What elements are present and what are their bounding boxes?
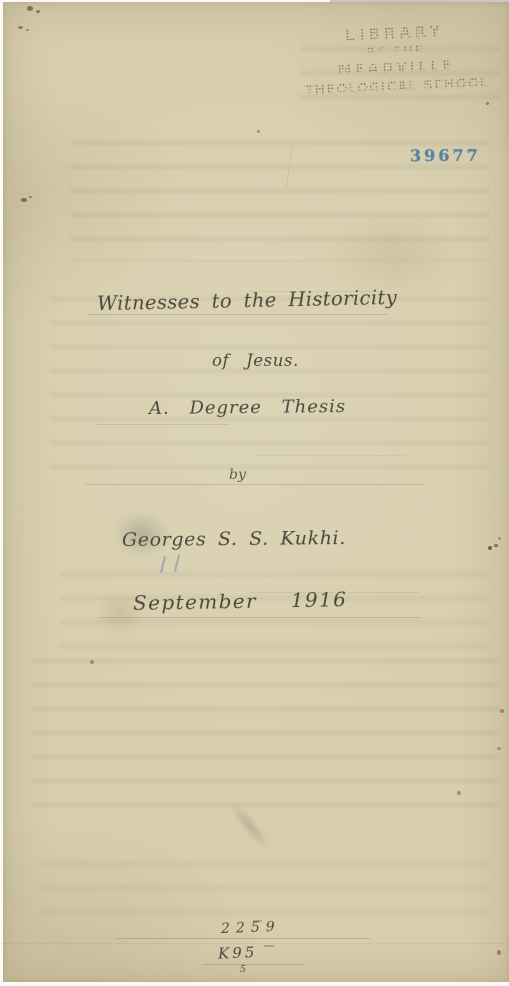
scanned-page: LIBRARY OF THE MEADVILLE THEOLOGICAL SCH…: [0, 0, 509, 986]
bleedthrough-text: [40, 843, 490, 931]
call-number-class: 2259: [221, 919, 281, 937]
title-line-2: of Jesus.: [212, 351, 299, 370]
scan-edge-shadow: [330, 0, 509, 3]
macron-mark: [264, 945, 274, 947]
ink-speck: [494, 544, 498, 547]
foxing-speck: [457, 791, 461, 795]
ink-speck: [498, 537, 501, 540]
ink-speck: [27, 6, 33, 11]
stain: [96, 590, 144, 636]
pencil-line: [0, 943, 509, 944]
pencil-line: [85, 484, 425, 485]
pencil-line: [255, 455, 405, 456]
bleedthrough-text: [30, 640, 500, 808]
pencil-line: [88, 314, 388, 315]
library-stamp: LIBRARY OF THE MEADVILLE THEOLOGICAL SCH…: [294, 20, 497, 103]
stain: [325, 212, 460, 297]
ink-speck: [21, 198, 27, 202]
ink-speck: [18, 26, 23, 29]
ink-speck: [486, 102, 489, 105]
thesis-subtitle: A. Degree Thesis: [149, 396, 346, 419]
pencil-line: [95, 424, 230, 425]
accession-number-stamp: 39677: [410, 146, 481, 166]
ink-speck: [26, 29, 29, 31]
call-number-cutter: K95: [218, 943, 258, 962]
foxing-speck: [497, 747, 501, 750]
ink-speck: [36, 10, 40, 13]
graphite-smudge: [113, 511, 171, 557]
foxing-speck: [497, 950, 501, 955]
foxing-speck: [90, 660, 94, 664]
pencil-line: [115, 938, 370, 939]
pencil-line: [250, 592, 420, 593]
call-number-subscript: 5: [240, 965, 246, 975]
macron-mark: [253, 920, 262, 922]
byline: by: [229, 467, 246, 483]
pencil-line: [100, 617, 420, 618]
ink-speck: [29, 196, 32, 198]
ink-speck: [257, 130, 260, 133]
pencil-line: [203, 964, 303, 965]
ink-speck: [488, 546, 492, 550]
foxing-speck: [500, 709, 504, 713]
